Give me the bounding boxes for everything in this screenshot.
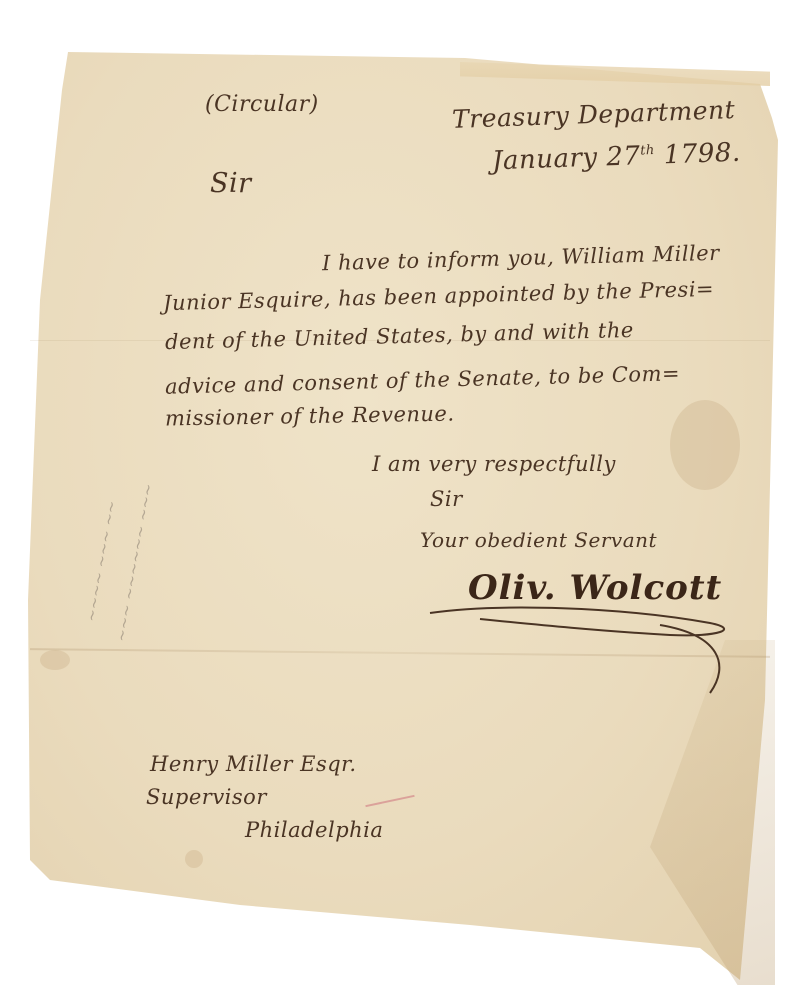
date-year: 1798. xyxy=(663,138,741,171)
recipient-name: Henry Miller Esqr. xyxy=(150,752,357,776)
date-month-day: January 27 xyxy=(492,141,641,176)
recipient-location: Philadelphia xyxy=(245,818,383,842)
date-ordinal: th xyxy=(640,143,655,159)
signature-flourish-icon xyxy=(420,595,740,695)
letter-scan: (Circular) Treasury Department January 2… xyxy=(0,0,800,1000)
closing-line: Sir xyxy=(430,487,463,511)
stain xyxy=(185,850,203,868)
heading-note: (Circular) xyxy=(205,92,319,117)
stain xyxy=(670,400,740,490)
salutation: Sir xyxy=(210,168,252,199)
closing-line: I am very respectfully xyxy=(372,452,616,476)
stain xyxy=(40,650,70,670)
body-line: missioner of the Revenue. xyxy=(165,401,455,430)
closing-line: Your obedient Servant xyxy=(420,528,657,552)
recipient-title: Supervisor xyxy=(146,785,267,809)
margin-docket: ~~~~ ~~~ ~~ ~~~ ~~~~~~ ~~~ xyxy=(72,380,152,640)
